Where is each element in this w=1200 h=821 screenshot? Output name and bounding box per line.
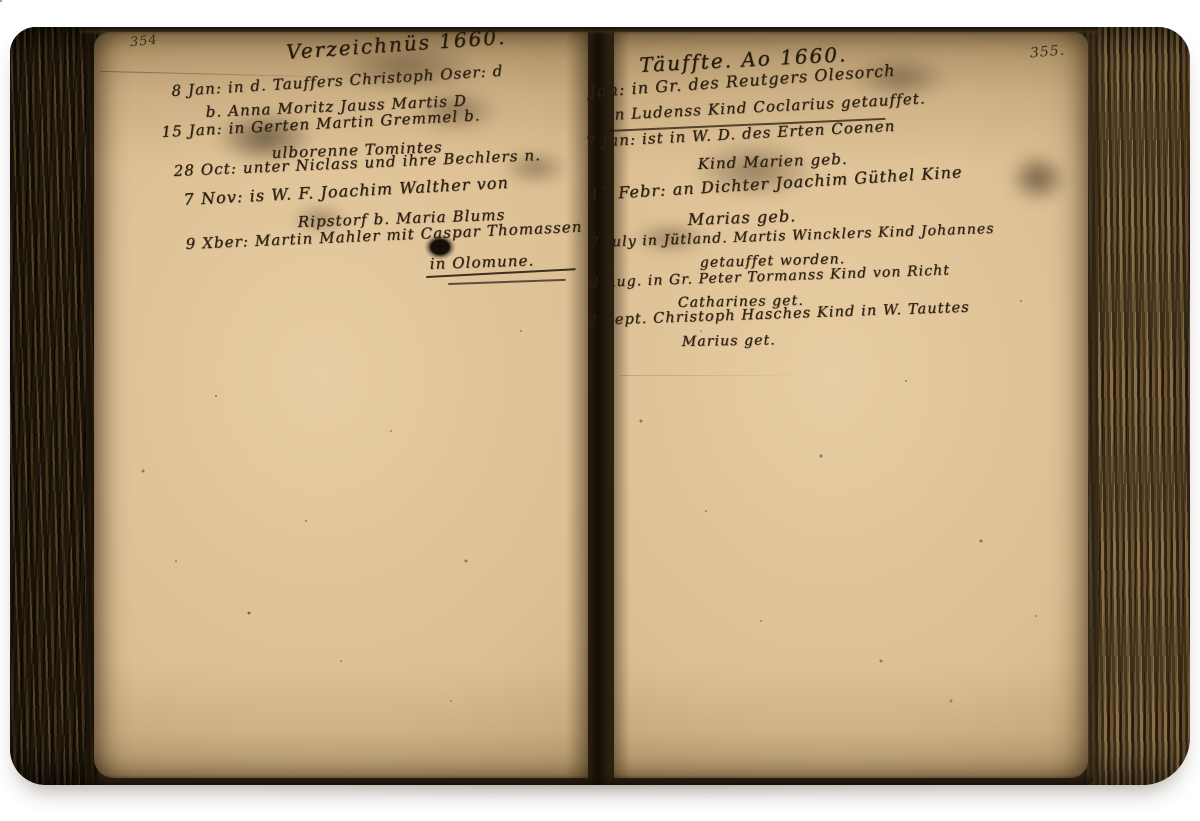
- page-number-left: 354: [129, 33, 158, 51]
- page-edge-stack-left: [10, 27, 98, 785]
- manuscript-line: Marias geb.: [687, 206, 796, 229]
- page-edge-stack-right: [1084, 27, 1190, 785]
- top-page-lip: [80, 27, 1098, 35]
- bottom-page-lip: [80, 775, 1095, 785]
- paper-crease: [620, 375, 800, 376]
- manuscript-line: Marius get.: [682, 332, 776, 350]
- manuscript-photo: 354 355. Verzeichnüs 1660. 8 Jan: in d. …: [0, 0, 1200, 821]
- page-number-right: 355.: [1029, 42, 1065, 61]
- grime-smudge: [1008, 152, 1068, 204]
- foxing-specks: [0, 0, 2, 2]
- ink-blot: [424, 234, 456, 260]
